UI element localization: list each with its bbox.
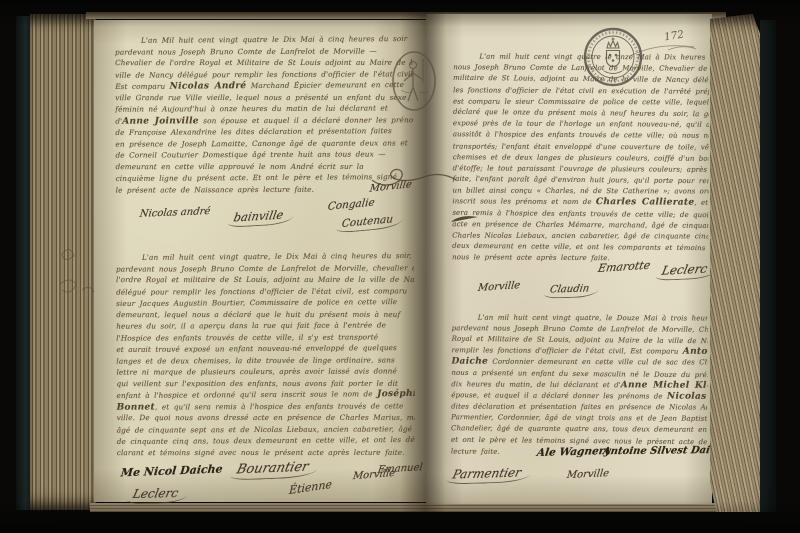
emphasized-name: Charles Callierate: [596, 198, 695, 209]
paraph-flourish-icon: [450, 212, 480, 226]
signature: Ale Wagnery: [536, 445, 611, 459]
figure-stamp-icon: [389, 48, 439, 114]
manuscript-line: ville Grande rue Ville vieille, lequel n…: [115, 91, 413, 103]
manuscript-line: lettre ni marque de plusieurs couleurs, …: [116, 365, 414, 378]
manuscript-line: pardevant nous Joseph Bruno Comte de Lan…: [116, 262, 414, 275]
signature: bainville: [232, 208, 284, 225]
signature: Morville: [566, 468, 610, 481]
left-page: L'an Mil huit cent vingt quatre le Dix M…: [94, 20, 426, 502]
page-edges-right: [710, 14, 762, 512]
signature-block: Nicolas andré bainville Congalie Coutena…: [116, 196, 414, 251]
right-page-text: L'an mil huit cent vingt quatre le onze …: [451, 51, 710, 497]
signature: Bourantier: [235, 459, 310, 477]
emphasized-name: Daiche: [451, 357, 488, 367]
paraph-flourish-icon: [368, 160, 460, 190]
manuscript-line: aussitôt à l'hospice des enfants trouvés…: [453, 130, 709, 143]
birth-act: L'an mil huit cent vingt quatre, le Dix …: [116, 250, 415, 458]
birth-act: L'an mil huit cent vingt quatre le onze …: [452, 51, 709, 265]
emphasized-name: Bonnet: [117, 402, 155, 412]
manuscript-line: ville. De quoi nous avons dressé acte en…: [117, 412, 415, 424]
emphasized-name: Antoine Silvestre: [683, 347, 708, 358]
right-page: 172 L'an mil huit cent vingt quatre le o…: [426, 14, 712, 504]
manuscript-line: Daiche Cordonnier demeurant en cette vil…: [451, 357, 707, 369]
manuscript-line: sieur Jacques Augustin Bourtier, Commiss…: [116, 296, 414, 310]
birth-act: L'an mil huit cent vingt quatre, le Douz…: [451, 312, 708, 459]
signature: Emarotte: [597, 258, 652, 275]
signature: Leclerc: [131, 486, 179, 501]
signature: Parmentier: [451, 465, 522, 481]
signature: Congalie: [327, 196, 375, 212]
signature: Coutenau: [341, 213, 394, 230]
signature: Morville: [477, 280, 520, 294]
manuscript-line: clarant et témoins signé avec nous le pr…: [117, 446, 415, 458]
book-cover-right: [760, 20, 776, 512]
signature: Leclerc: [661, 261, 709, 277]
manuscript-line: demeurant, lequel nous a déclaré que le …: [116, 308, 414, 320]
signature: Étienne: [289, 478, 333, 497]
signature: Me Nicol Daiche: [120, 462, 223, 479]
manuscript-line: l'ordre Royal et militaire de St Louis, …: [116, 274, 414, 286]
manuscript-line: pardevant nous Joseph Bruno Comte de Lan…: [115, 45, 413, 58]
manuscript-line: les fonctions d'officier de l'état civil…: [453, 85, 709, 98]
manuscript-line: Est comparu Nicolas André Marchand Épici…: [115, 79, 413, 93]
left-page-text: L'an Mil huit cent vingt quatre le Dix M…: [115, 33, 415, 509]
signature-block: Me Nicol Daiche Bourantier Leclerc Étien…: [117, 460, 415, 509]
manuscript-line: Bonnet, et qu'il sera remis à l'hospice …: [117, 400, 415, 413]
open-register-book: L'an Mil huit cent vingt quatre le Dix M…: [16, 12, 776, 512]
emphasized-name: Anne Joinville: [122, 116, 199, 126]
signature: Claudin: [549, 283, 590, 295]
emphasized-name: Nicolas Laurent: [667, 391, 707, 402]
emphasized-name: Nicolas André: [170, 81, 247, 92]
signature: Nicolas andré: [139, 206, 211, 220]
manuscript-line: de cinquante cinq ans, tous deux demeura…: [117, 434, 415, 448]
manuscript-photo: L'an Mil huit cent vingt quatre le Dix M…: [0, 0, 800, 533]
manuscript-line: Chevalier de l'ordre Royal et Militaire …: [115, 57, 413, 69]
signature-block: Emarotte Leclerc Morville Claudin: [452, 266, 708, 314]
emphasized-name: Anne Michel Klein: [621, 380, 708, 391]
paraph-flourish-icon: [54, 244, 98, 308]
signature-block: Ale Wagnery Antoine Silvest Daiche Parme…: [451, 457, 707, 497]
